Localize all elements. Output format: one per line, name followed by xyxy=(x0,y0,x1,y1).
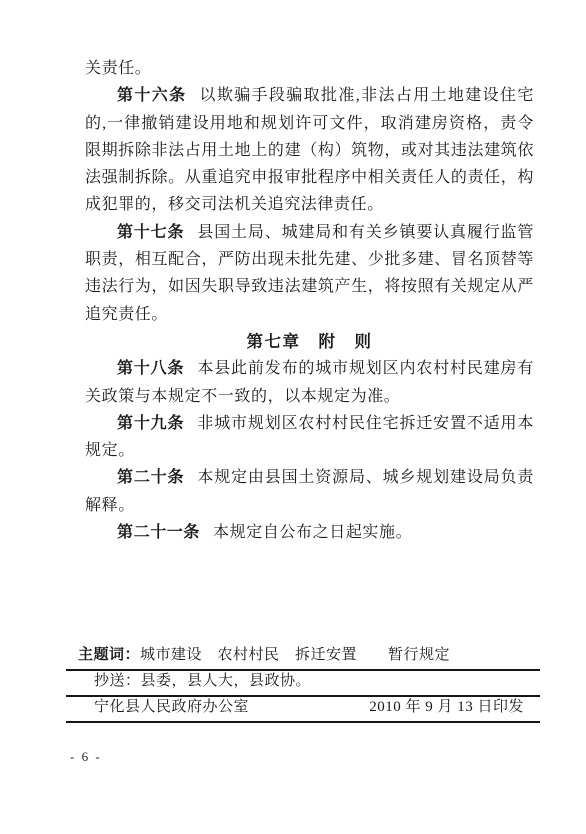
subject-terms-row: 主题词：城市建设 农村村民 拆迁安置 暂行规定 xyxy=(66,645,540,671)
article-20: 第二十条本规定由县国土资源局、城乡规划建设局负责解释。 xyxy=(85,464,534,519)
document-body: 关责任。 第十六条以欺骗手段骗取批准,非法占用土地建设住宅的,一律撤销建设用地和… xyxy=(85,55,534,546)
article-17-number: 第十七条 xyxy=(117,224,184,241)
document-footer: 主题词：城市建设 农村村民 拆迁安置 暂行规定 抄送：县委，县人大，县政协。 宁… xyxy=(66,645,540,723)
chapter-heading: 第七章 附 则 xyxy=(85,328,534,355)
page-number: - 6 - xyxy=(70,749,102,765)
article-16: 第十六条以欺骗手段骗取批准,非法占用土地建设住宅的,一律撤销建设用地和规划许可文… xyxy=(85,82,534,218)
article-16-number: 第十六条 xyxy=(117,87,186,104)
article-19-number: 第十九条 xyxy=(117,415,184,432)
article-17: 第十七条县国土局、城建局和有关乡镇要认真履行监管职责，相互配合，严防出现未批先建… xyxy=(85,219,534,328)
article-21-text: 本规定自公布之日起实施。 xyxy=(213,524,412,541)
article-18: 第十八条本县此前发布的城市规划区内农村村民建房有关政策与本规定不一致的，以本规定… xyxy=(85,355,534,410)
subject-terms-value: 城市建设 农村村民 拆迁安置 暂行规定 xyxy=(140,647,450,663)
continuation-line: 关责任。 xyxy=(85,55,534,82)
cc-text: 抄送：县委，县人大，县政协。 xyxy=(94,673,311,689)
article-21: 第二十一条本规定自公布之日起实施。 xyxy=(85,519,534,546)
subject-terms-label: 主题词： xyxy=(78,647,140,663)
article-20-number: 第二十条 xyxy=(117,469,184,486)
issuer-row: 宁化县人民政府办公室2010 年 9 月 13 日印发 xyxy=(66,697,540,723)
print-date: 2010 年 9 月 13 日印发 xyxy=(369,698,524,717)
issuer-name: 宁化县人民政府办公室 xyxy=(94,698,249,717)
article-16-text: 以欺骗手段骗取批准,非法占用土地建设住宅的,一律撤销建设用地和规划许可文件，取消… xyxy=(85,87,534,213)
article-19: 第十九条非城市规划区农村村民住宅拆迁安置不适用本规定。 xyxy=(85,410,534,465)
article-18-number: 第十八条 xyxy=(117,360,184,377)
document-page: 关责任。 第十六条以欺骗手段骗取批准,非法占用土地建设住宅的,一律撤销建设用地和… xyxy=(0,0,586,834)
article-21-number: 第二十一条 xyxy=(117,524,200,541)
cc-row: 抄送：县委，县人大，县政协。 xyxy=(66,671,540,697)
